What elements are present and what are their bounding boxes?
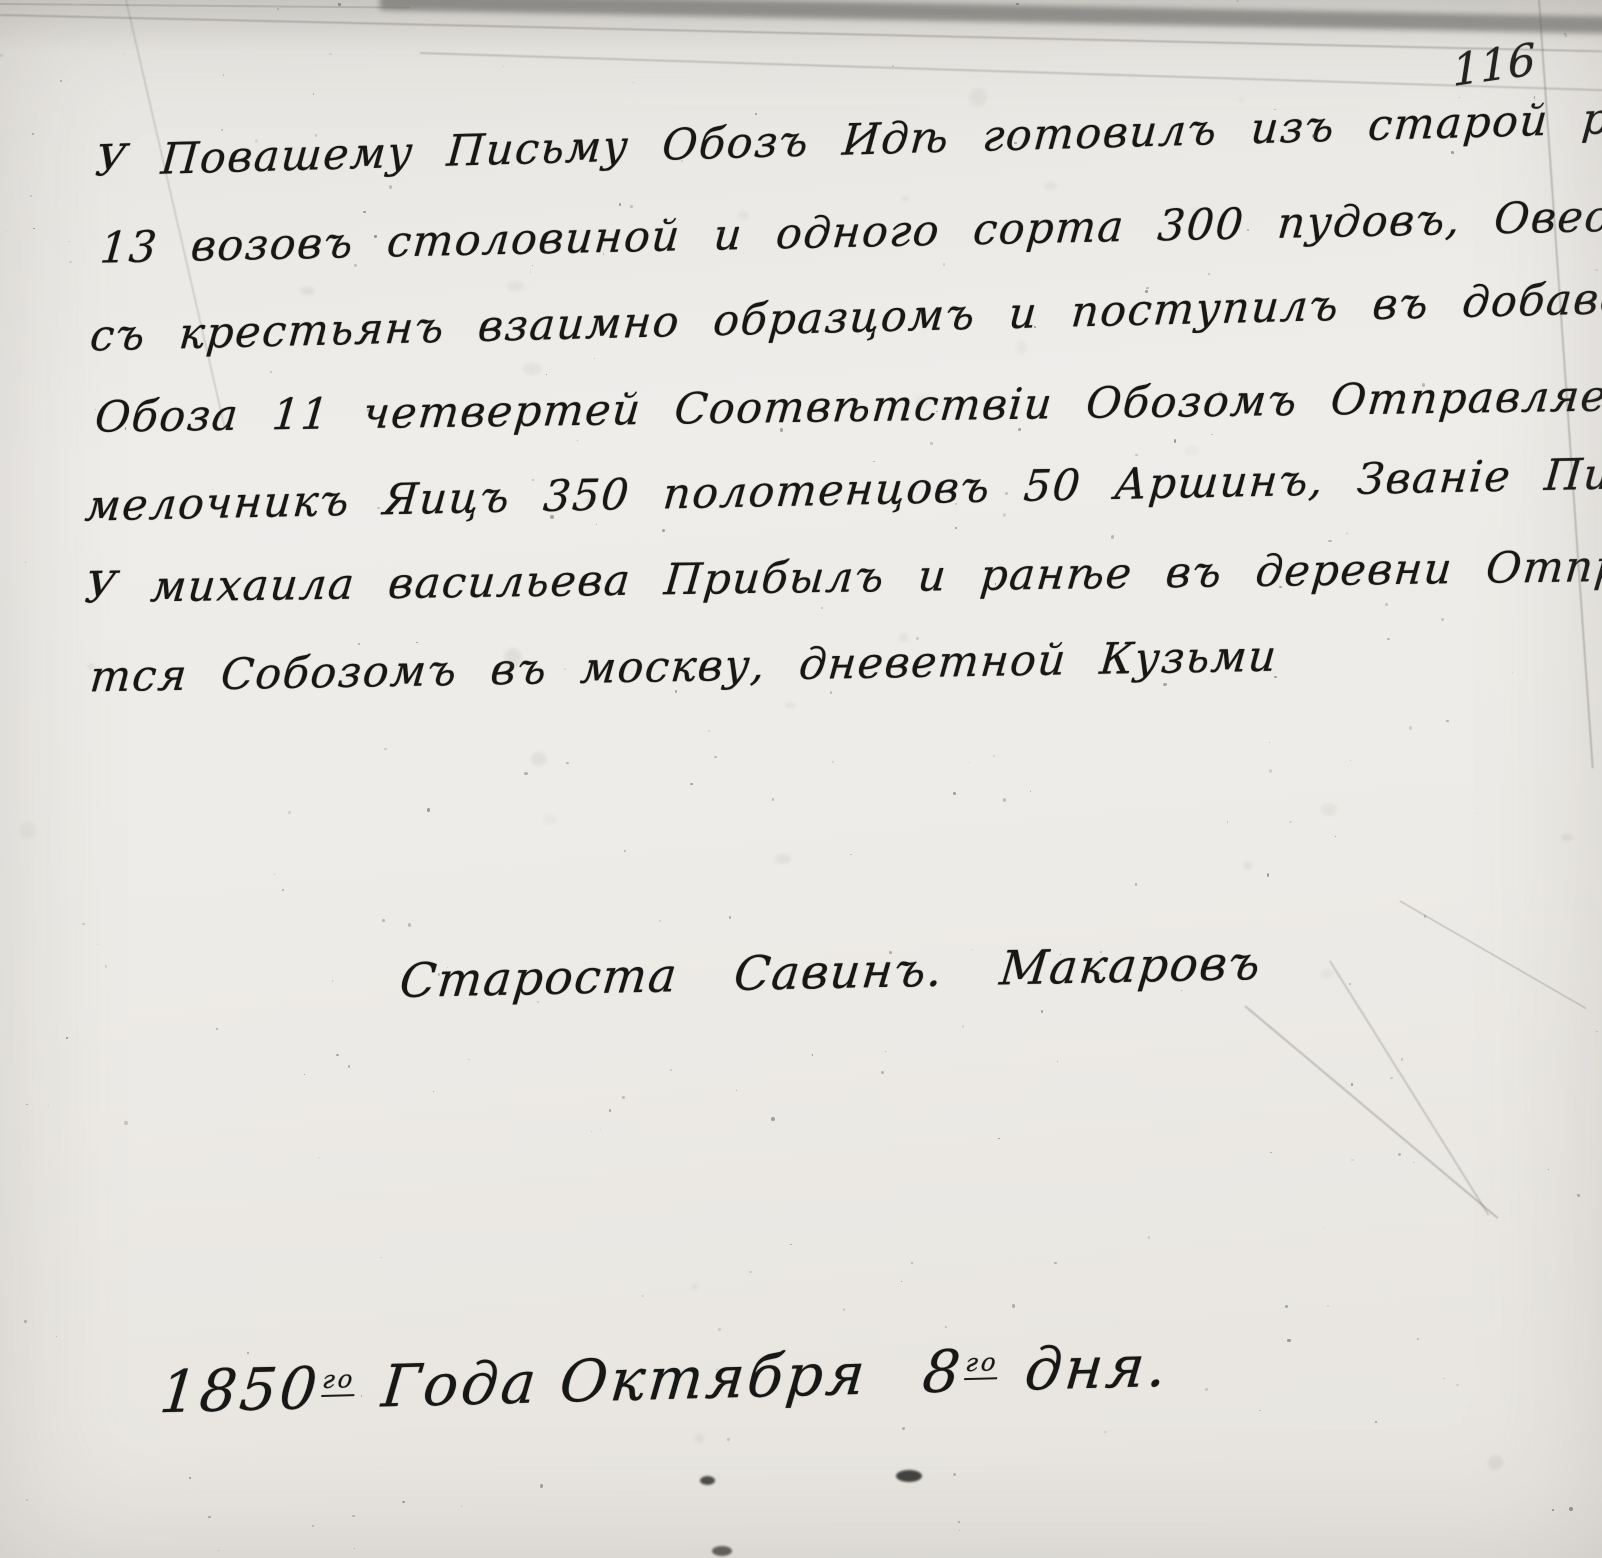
handwritten-line-3: съ крестьянъ взаимно образцомъ и поступи… [88, 272, 1602, 361]
ink-blot [896, 1470, 922, 1482]
paper-speck [1387, 638, 1389, 640]
paper-speck [1417, 1338, 1419, 1340]
paper-speck [873, 461, 875, 462]
paper-speck [318, 1157, 320, 1159]
paper-speck [384, 748, 387, 750]
paper-speck [1565, 35, 1567, 37]
paper-speck [1267, 873, 1270, 876]
paper-speck [105, 965, 107, 968]
paper-speck [1398, 1153, 1401, 1156]
paper-speck [6, 231, 7, 233]
paper-speck [363, 211, 366, 213]
paper-speck [26, 1499, 28, 1501]
paper-speck [902, 1427, 906, 1430]
paper-speck [218, 1550, 219, 1551]
signature-line: Староста Савинъ. Макаровъ [397, 936, 1264, 1009]
paper-speck [332, 980, 334, 982]
paper-speck [468, 1059, 470, 1061]
paper-speck [850, 854, 852, 856]
paper-smudge [775, 854, 791, 865]
paper-speck [1351, 1159, 1354, 1161]
paper-speck [1577, 1194, 1581, 1197]
paper-speck [718, 1328, 721, 1331]
paper-smudge [20, 822, 36, 839]
paper-speck [1269, 769, 1272, 773]
paper-speck [1285, 1305, 1288, 1308]
paper-speck [832, 761, 835, 764]
paper-speck [1409, 726, 1413, 730]
paper-speck [32, 133, 34, 135]
paper-speck [662, 529, 665, 532]
paper-speck [524, 772, 527, 775]
paper-speck [596, 524, 598, 526]
date-year: 1850 [157, 1354, 323, 1426]
paper-speck [97, 944, 99, 945]
paper-speck [968, 762, 969, 763]
document-page: 116 У Повашему Письму Обозъ Идѣ готовилъ… [0, 0, 1602, 1558]
paper-speck [1375, 1421, 1377, 1423]
paper-speck [1443, 1378, 1445, 1380]
paper-speck [270, 371, 273, 373]
paper-speck [714, 756, 717, 758]
paper-speck [821, 607, 823, 608]
paper-speck [830, 691, 833, 694]
paper-speck [288, 811, 291, 814]
paper-speck [312, 1525, 314, 1527]
handwritten-line-6: У михаила васильева Прибылъ и ранѣе въ д… [83, 541, 1602, 614]
paper-speck [124, 1121, 127, 1125]
paper-speck [1054, 1262, 1057, 1264]
paper-smudge [902, 197, 909, 201]
paper-smudge [692, 1284, 699, 1290]
paper-speck [24, 1320, 27, 1322]
paper-speck [771, 1117, 775, 1121]
paper-speck [1351, 1083, 1353, 1086]
paper-smudge [1044, 182, 1057, 190]
paper-speck [885, 1051, 886, 1052]
paper-smudge [1561, 834, 1574, 841]
paper-speck [622, 1096, 625, 1099]
paper-speck [1269, 742, 1270, 743]
paper-speck [1349, 983, 1351, 985]
paper-speck [749, 1271, 752, 1273]
paper-speck [959, 1530, 961, 1532]
page-number: 116 [1452, 34, 1537, 97]
scan-rule-line [0, 14, 1602, 52]
paper-speck [48, 1105, 49, 1106]
paper-speck [1451, 151, 1454, 154]
paper-speck [624, 850, 625, 852]
paper-speck [736, 1090, 737, 1091]
paper-speck [1335, 836, 1337, 837]
paper-speck [189, 1477, 191, 1478]
handwritten-line-1: У Повашему Письму Обозъ Идѣ готовилъ изъ… [93, 87, 1602, 186]
paper-speck [123, 54, 124, 55]
paper-speck [1401, 1058, 1403, 1061]
paper-speck [1236, 0, 1239, 2]
paper-speck [892, 65, 894, 67]
paper-speck [1289, 821, 1291, 823]
handwritten-line-7: тся Собозомъ въ москву, дневетной Кузьми [88, 632, 1280, 703]
paper-speck [843, 1308, 845, 1311]
paper-speck [304, 1074, 305, 1075]
paper-speck [348, 1065, 351, 1068]
paper-speck [382, 919, 385, 922]
scan-rule-line [420, 52, 1602, 91]
paper-speck [56, 1336, 57, 1337]
paper-smudge [969, 88, 987, 107]
paper-speck [1595, 269, 1597, 271]
date-day-suffix: го [964, 1347, 1000, 1380]
paper-smudge [1488, 1455, 1504, 1470]
paper-speck [1003, 513, 1006, 517]
paper-speck [755, 113, 757, 115]
paper-speck [600, 1129, 601, 1130]
paper-speck [993, 755, 995, 757]
paper-speck [958, 1521, 960, 1523]
paper-speck [790, 1244, 792, 1245]
paper-speck [1564, 33, 1566, 35]
paper-speck [1552, 1509, 1554, 1511]
paper-crease [125, 0, 226, 429]
paper-speck [313, 93, 315, 95]
paper-speck [1057, 1061, 1058, 1062]
date-line: 1850го Года Октября 8го дня. [157, 1332, 1172, 1427]
paper-speck [25, 562, 26, 563]
paper-speck [727, 1438, 730, 1441]
paper-speck [690, 783, 693, 785]
paper-speck [352, 1515, 355, 1518]
paper-speck [1441, 618, 1444, 621]
paper-speck [591, 1131, 592, 1133]
paper-speck [402, 1501, 406, 1504]
paper-speck [1163, 683, 1167, 686]
paper-speck [953, 1473, 956, 1476]
paper-speck [68, 241, 70, 242]
paper-speck [1323, 1228, 1324, 1229]
date-year-suffix: го [321, 1364, 357, 1397]
paper-speck [1135, 454, 1138, 456]
paper-speck [911, 1262, 914, 1264]
handwritten-line-4: Обоза 11 четвертей Соотвѣтствiи Обозомъ … [93, 367, 1602, 442]
paper-speck [1477, 813, 1478, 815]
paper-smudge [1321, 969, 1334, 979]
paper-speck [1456, 1384, 1459, 1386]
paper-speck [772, 798, 774, 800]
paper-speck [998, 1138, 1000, 1140]
paper-smudge [1238, 98, 1244, 101]
paper-speck [1030, 791, 1031, 792]
paper-speck [1390, 1077, 1393, 1079]
paper-smudge [1016, 341, 1028, 353]
paper-speck [354, 1548, 355, 1549]
paper-speck [619, 203, 622, 206]
paper-smudge [1243, 862, 1252, 870]
paper-speck [223, 74, 225, 75]
paper-speck [216, 1028, 218, 1030]
paper-smudge [531, 752, 546, 766]
paper-speck [1596, 1031, 1598, 1032]
paper-speck [26, 1104, 28, 1106]
paper-speck [298, 1221, 299, 1222]
paper-speck [566, 762, 569, 764]
paper-speck [1385, 603, 1388, 606]
paper-speck [1205, 1388, 1208, 1391]
paper-speck [336, 1054, 339, 1056]
paper-speck [530, 271, 531, 272]
paper-speck [962, 1025, 964, 1027]
paper-smudge [523, 363, 543, 375]
paper-speck [1346, 532, 1348, 535]
paper-speck [82, 923, 85, 925]
paper-scratch [1244, 1005, 1498, 1219]
paper-speck [609, 1109, 611, 1112]
paper-speck [282, 889, 284, 892]
paper-speck [1016, 3, 1019, 6]
paper-speck [380, 1257, 382, 1258]
paper-speck [1148, 1236, 1150, 1239]
date-middle: Года Октября [379, 1340, 871, 1421]
paper-speck [812, 1054, 813, 1055]
paper-speck [881, 1071, 884, 1074]
paper-speck [208, 1516, 211, 1518]
paper-speck [1003, 798, 1006, 801]
paper-speck [247, 1352, 249, 1354]
date-tail: дня. [1022, 1332, 1172, 1404]
paper-speck [1413, 1162, 1415, 1163]
paper-speck [1350, 760, 1351, 762]
date-day: 8 [920, 1337, 966, 1406]
scan-artifact-top-band [380, 0, 1602, 34]
paper-speck [1174, 439, 1177, 443]
paper-speck [338, 3, 341, 7]
paper-speck [461, 1506, 462, 1507]
paper-speck [1111, 535, 1114, 539]
handwritten-line-5: мелочникъ Яицъ 350 полотенцовъ 50 Аршинъ… [83, 448, 1602, 531]
paper-speck [901, 1281, 902, 1282]
paper-speck [1424, 915, 1426, 918]
paper-speck [1548, 1169, 1549, 1170]
paper-speck [1227, 821, 1229, 823]
paper-speck [1208, 273, 1210, 275]
scan-top-shading [0, 0, 1602, 52]
paper-speck [33, 228, 35, 229]
paper-speck [955, 527, 957, 529]
paper-speck [1041, 1010, 1044, 1013]
paper-speck [1287, 1339, 1291, 1343]
paper-speck [630, 205, 633, 209]
paper-speck [1012, 1304, 1015, 1308]
paper-speck [1327, 1305, 1329, 1307]
paper-speck [1446, 720, 1449, 722]
paper-speck [277, 8, 279, 10]
ink-blot [712, 1546, 732, 1556]
paper-speck [708, 730, 710, 733]
paper-speck [1328, 540, 1332, 543]
paper-speck [0, 54, 3, 57]
paper-speck [389, 185, 392, 189]
paper-smudge [695, 1434, 704, 1443]
paper-smudge [544, 815, 556, 824]
paper-speck [1259, 1410, 1261, 1411]
paper-scratch [1400, 900, 1587, 1009]
paper-smudge [1321, 803, 1337, 817]
paper-speck [594, 358, 595, 359]
paper-speck [546, 374, 547, 375]
paper-speck [274, 874, 275, 875]
paper-smudge [507, 281, 525, 291]
paper-smudge [785, 703, 795, 709]
paper-speck [416, 642, 418, 643]
paper-speck [641, 1295, 644, 1297]
ink-blot [700, 1476, 715, 1485]
paper-speck [1211, 434, 1213, 435]
paper-speck [532, 265, 533, 266]
paper-speck [670, 1069, 672, 1071]
paper-smudge [1184, 446, 1199, 455]
paper-speck [633, 82, 634, 83]
paper-speck [945, 1326, 948, 1329]
paper-speck [540, 1484, 543, 1488]
paper-speck [433, 1091, 434, 1092]
paper-speck [503, 66, 504, 67]
paper-speck [60, 80, 62, 82]
paper-smudge [300, 287, 315, 296]
paper-speck [1135, 883, 1138, 886]
paper-speck [930, 442, 934, 444]
scan-rule-line [0, 3, 410, 9]
paper-speck [221, 129, 223, 132]
paper-speck [408, 923, 411, 927]
paper-speck [66, 1037, 68, 1038]
paper-speck [427, 808, 431, 812]
paper-speck [577, 440, 578, 441]
paper-speck [358, 643, 361, 645]
paper-speck [69, 261, 71, 263]
handwritten-line-2: 13 возовъ столовиной и одного сорта 300 … [98, 186, 1602, 273]
paper-speck [1270, 1152, 1272, 1153]
paper-scratch [1329, 960, 1489, 1215]
paper-speck [1104, 1431, 1107, 1433]
paper-speck [729, 916, 732, 919]
paper-speck [1569, 1507, 1573, 1511]
paper-speck [953, 792, 956, 795]
paper-speck [659, 920, 661, 922]
paper-speck [1512, 672, 1513, 673]
paper-speck [943, 263, 945, 265]
paper-speck [30, 195, 32, 197]
paper-speck [329, 53, 331, 56]
